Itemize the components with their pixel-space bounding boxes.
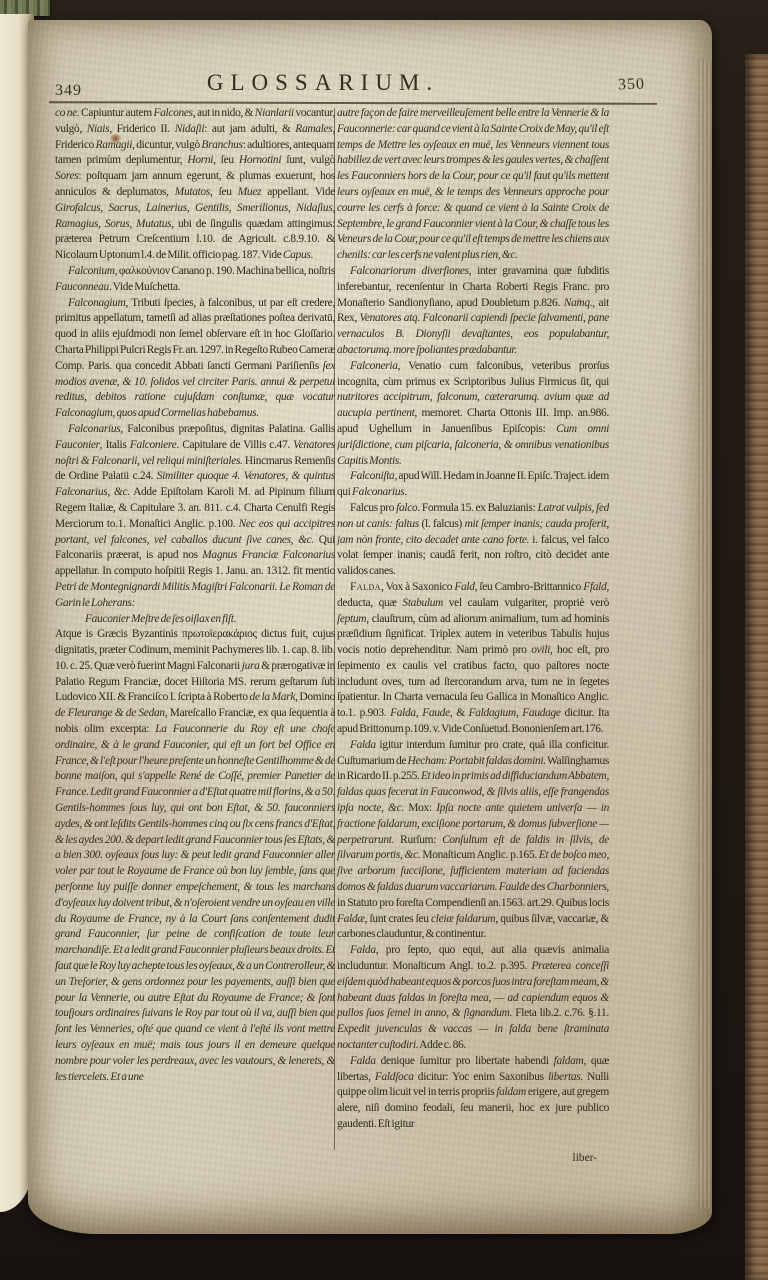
- page-number-right: 350: [618, 76, 646, 95]
- running-title: GLOSSARIUM.: [198, 70, 448, 96]
- paper-speck: [576, 298, 583, 304]
- entry-falda: Falda, Vox à Saxonico Fald, ſeu Cambro-B…: [337, 580, 609, 738]
- right-column: autre façon de faire merveilleuſement be…: [337, 106, 609, 1152]
- entry-falda-libertate: Falda denique ſumitur pro libertate habe…: [337, 1054, 609, 1133]
- entry-falda-septo: Falda, pro ſepto, quo equi, aut alia quæ…: [337, 943, 609, 1054]
- entry-falconium: Falconium, φαλκούνιον Canano p. 190. Mac…: [55, 264, 335, 296]
- left-column: co ne. Capiuntur autem Falcones, aut in …: [55, 106, 335, 1154]
- page-number-left: 349: [55, 82, 82, 100]
- catchword: liber-: [337, 1152, 597, 1164]
- entry-falconarius: Falconarius, Falconibus præpoſitus, dign…: [55, 422, 335, 612]
- entry-falconarius-cont: Atque is Græcis Byzantinis πρωτοϊερακάρι…: [55, 627, 335, 1085]
- scanned-page: 349 GLOSSARIUM. 350 co ne. Capiuntur aut…: [28, 20, 712, 1234]
- header-rule: [49, 101, 657, 105]
- book-fore-edge: [745, 54, 768, 1280]
- paper-smudge: [83, 605, 109, 619]
- entry-falconista: Falconiſta, apud Will. Hedam in Joanne I…: [337, 469, 609, 501]
- entry-fauconnerie-cont: autre façon de faire merveilleuſement be…: [337, 106, 609, 264]
- ink-stain: [110, 134, 121, 143]
- entry-falconariorum: Falconariorum diverſiones, inter gravami…: [337, 264, 609, 359]
- entry-falconagium: Falconagium, Tributi ſpecies, à falconib…: [55, 296, 335, 422]
- book-scan-screenshot: 349 GLOSSARIUM. 350 co ne. Capiuntur aut…: [0, 0, 768, 1280]
- entry-falconeria: Falconeria, Venatio cum falconibus, vete…: [337, 359, 609, 470]
- entry-falda-crate: Falda igitur interdum ſumitur pro crate,…: [337, 738, 609, 943]
- entry-falcus: Falcus pro falco. Formula 15. ex Baluzia…: [337, 501, 609, 580]
- page-right-curl: [698, 60, 712, 1208]
- entry-falco-continuation: co ne. Capiuntur autem Falcones, aut in …: [55, 106, 335, 264]
